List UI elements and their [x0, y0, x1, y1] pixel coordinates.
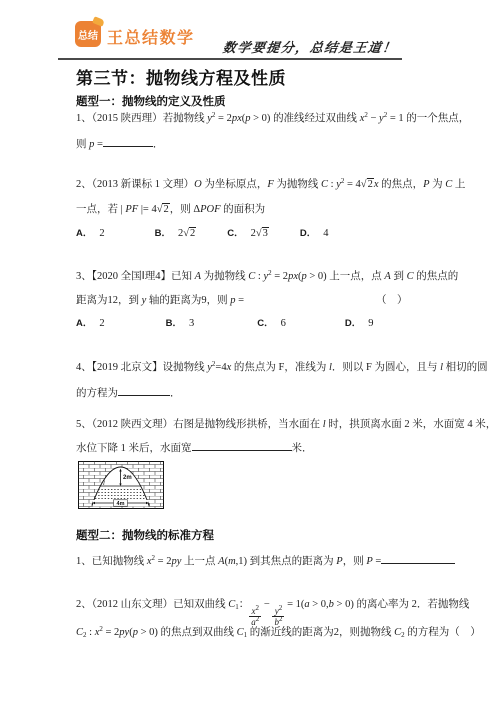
radical: √2: [361, 178, 374, 190]
math-variable: py: [171, 556, 181, 567]
option-c: C．6: [257, 317, 342, 331]
text-run: 的焦点为 F，准线为: [231, 362, 329, 373]
fraction: y2b2: [272, 606, 284, 627]
text-run: ．则以 F 为圆心，且与: [332, 362, 440, 373]
text-run: :: [328, 179, 336, 190]
option-a-value: 2: [99, 318, 104, 329]
math-variable: C: [237, 627, 244, 638]
problem-1-line-1: 1、（2015 陕西理）若抛物线 y2 = 2px(p > 0) 的准线经过双曲…: [76, 112, 469, 126]
option-b-value: 3: [189, 318, 194, 329]
text-run: 为抛物线: [274, 179, 321, 190]
text-run: 的面积为: [221, 204, 266, 215]
answer-blank: [103, 136, 153, 147]
math-variable: O: [194, 179, 202, 190]
answer-blank: [381, 553, 455, 564]
text-run: 2、（2013 新课标 1 文理）: [76, 179, 194, 190]
problem-2-options: A．2 B．2√2 C．2√3 D．4: [76, 227, 329, 241]
option-b: B．2√2: [155, 227, 225, 241]
text-run: 6: [281, 318, 286, 329]
math-variable: POF: [200, 204, 220, 215]
text-run: 的焦点的: [414, 271, 459, 282]
text-run: ，则: [170, 204, 194, 215]
superscript: 2: [279, 604, 283, 612]
option-a: A．2: [76, 317, 163, 331]
text-run: ：: [239, 599, 250, 610]
radicand: 3: [262, 227, 269, 239]
text-run: 的一个焦点，: [404, 113, 470, 124]
text-run: > 0,: [310, 599, 329, 610]
superscript: 2: [256, 604, 260, 612]
radical-sign: √: [256, 228, 262, 239]
text-run: > 0): [307, 271, 327, 282]
text-run: = 1(: [284, 599, 304, 610]
option-d-value: 9: [368, 318, 373, 329]
radical: √2: [183, 227, 196, 239]
problem-5-line-1: 5、（2012 陕西文理）右图是抛物线形拱桥，当水面在 l 时，拱顶离水面 2 …: [76, 418, 496, 432]
text-run: 时，拱顶离水面 2 米，水面宽 4 米，: [326, 419, 497, 430]
problem-2-line-1: 2、（2013 新课标 1 文理）O 为坐标原点，F 为抛物线 C : y2 =…: [76, 178, 465, 192]
text-run: 的离心率为 2．若抛物线: [354, 599, 470, 610]
t2-problem-2-line-1: 2、（2012 山东文理）已知双曲线 C1：x2a2 − y2b2 = 1(a …: [76, 598, 469, 627]
text-run: 的方程为（ ）: [405, 627, 481, 638]
text-run: > 0): [334, 599, 354, 610]
text-run: 则: [76, 139, 89, 150]
text-run: =: [373, 556, 382, 567]
text-run: = 2: [103, 627, 119, 638]
text-run: =4: [215, 362, 226, 373]
text-run: :: [87, 627, 95, 638]
text-run: |= 4: [138, 204, 157, 215]
page-title: 第三节：抛物线方程及性质: [76, 64, 286, 89]
worksheet-page: 总结 王总结数学 数学要提分，总结是王道！ 第三节：抛物线方程及性质 题型一：抛…: [0, 0, 500, 707]
arch-bridge-figure: 2m l 4m: [78, 461, 164, 518]
math-variable: px: [288, 271, 298, 282]
waterline-label: l: [103, 480, 105, 487]
text-run: ．: [170, 388, 181, 399]
text-run: 的方程为: [76, 388, 118, 399]
option-a-value: 2: [99, 228, 104, 239]
header-divider: [58, 58, 402, 60]
text-run: 水位下降 1 米后，水面宽: [76, 443, 192, 454]
text-run: 为抛物线: [201, 271, 248, 282]
problem-3-options: A．2 B．3 C．6 D．9: [76, 317, 374, 331]
t2-problem-2-line-2: C2 : x2 = 2py(p > 0) 的焦点到双曲线 C1 的渐近线的距离为…: [76, 626, 481, 640]
section-2-heading: 题型二：抛物线的标准方程: [76, 527, 214, 543]
problem-1-line-2: 则 p =．: [76, 136, 163, 152]
text-run: = 2: [215, 113, 231, 124]
math-variable: m: [228, 556, 236, 567]
option-c: C．2√3: [227, 227, 297, 241]
problem-2-line-2: 一点，若 | PF |= 4√2，则 ΔPOF 的面积为: [76, 203, 265, 217]
text-run: 为坐标原点，: [202, 179, 268, 190]
problem-4-line-1: 4、【2019 北京文】设抛物线 y2=4x 的焦点为 F，准线为 l．则以 F…: [76, 361, 488, 375]
text-run: 米．: [292, 443, 313, 454]
brand-tagline: 数学要提分，总结是王道！: [222, 37, 399, 56]
answer-parentheses: （ ）: [376, 294, 408, 308]
text-run: 距离为12，到: [76, 295, 142, 306]
text-run: 上一点: [181, 556, 218, 567]
text-run: 一点，若: [76, 204, 121, 215]
text-run: 的焦点，: [378, 179, 423, 190]
answer-blank: [118, 385, 170, 396]
option-c-value: 2√3: [251, 227, 269, 239]
superscript: 2: [279, 615, 283, 623]
text-run: 的焦点到双曲线: [158, 627, 237, 638]
text-run: 到其焦点的距离为: [247, 556, 336, 567]
option-b: B．3: [166, 317, 255, 331]
radical: √3: [256, 227, 269, 239]
math-variable: px: [232, 113, 242, 124]
superscript: 2: [256, 615, 260, 623]
text-run: 9: [368, 318, 373, 329]
text-run: =: [94, 139, 103, 150]
problem-3-line-1: 3、【2020 全国Ⅰ理4】已知 A 为抛物线 C : y2 = 2px(p >…: [76, 270, 458, 284]
text-run: 2、（2012 山东文理）已知双曲线: [76, 599, 228, 610]
text-run: ，则: [343, 556, 367, 567]
math-variable: C: [76, 627, 83, 638]
radical-sign: √: [361, 179, 367, 190]
text-run: > 0): [138, 627, 158, 638]
text-run: 2: [99, 228, 104, 239]
text-run: = 2: [155, 556, 171, 567]
text-run: 1、已知抛物线: [76, 556, 147, 567]
option-d: D．9: [345, 317, 374, 331]
option-d-value: 4: [323, 228, 328, 239]
t2-problem-1-line-1: 1、已知抛物线 x2 = 2py 上一点 A(m,1) 到其焦点的距离为 P，则…: [76, 553, 455, 569]
height-label: 2m: [123, 475, 132, 481]
width-label: 4m: [117, 501, 125, 507]
problem-5-line-2: 水位下降 1 米后，水面宽米．: [76, 440, 313, 456]
text-run: =: [236, 295, 245, 306]
text-run: 1、（2015 陕西理）若抛物线: [76, 113, 207, 124]
text-run: 为: [430, 179, 446, 190]
text-run: 5、（2012 陕西文理）右图是抛物线形拱桥，当水面在: [76, 419, 323, 430]
fraction: x2a2: [249, 606, 261, 627]
math-variable: C: [407, 271, 414, 282]
radicand: 2: [162, 203, 169, 215]
text-run: 上: [452, 179, 465, 190]
text-run: 上一点，点: [327, 271, 385, 282]
section-1-heading: 题型一：抛物线的定义及性质: [76, 93, 226, 109]
math-variable: py: [119, 627, 129, 638]
brand-name: 王总结数学: [107, 25, 195, 48]
text-run: 相切的圆: [443, 362, 488, 373]
math-variable: C: [321, 179, 328, 190]
text-run: 的准线经过双曲线: [270, 113, 359, 124]
text-run: = 1: [387, 113, 403, 124]
text-run: ,1): [236, 556, 247, 567]
answer-blank: [192, 440, 292, 451]
radical: √2: [157, 203, 170, 215]
text-run: −: [368, 113, 379, 124]
option-c-value: 6: [281, 318, 286, 329]
text-run: = 4: [344, 179, 360, 190]
radicand: 2: [367, 178, 374, 190]
radicand: 2: [189, 227, 196, 239]
problem-4-line-2: 的方程为．: [76, 385, 181, 401]
problem-3-line-2: 距离为12，到 y 轴的距离为9，则 p =（ ）: [76, 294, 440, 308]
text-run: 4、【2019 北京文】设抛物线: [76, 362, 207, 373]
text-run: > 0): [251, 113, 271, 124]
text-run: 3、【2020 全国Ⅰ理4】已知: [76, 271, 195, 282]
text-run: 4: [323, 228, 328, 239]
text-run: 的渐近线的距离为2，则抛物线: [247, 627, 394, 638]
option-a: A．2: [76, 227, 152, 241]
option-d: D．4: [300, 227, 329, 241]
text-run: 轴的距离为9，则: [146, 295, 230, 306]
text-run: 到: [391, 271, 407, 282]
math-variable: PF: [125, 204, 138, 215]
text-run: = 2: [272, 271, 288, 282]
text-run: 3: [189, 318, 194, 329]
option-b-value: 2√2: [178, 227, 196, 239]
text-run: ．: [153, 139, 164, 150]
text-run: 2: [99, 318, 104, 329]
text-run: −: [261, 599, 272, 610]
